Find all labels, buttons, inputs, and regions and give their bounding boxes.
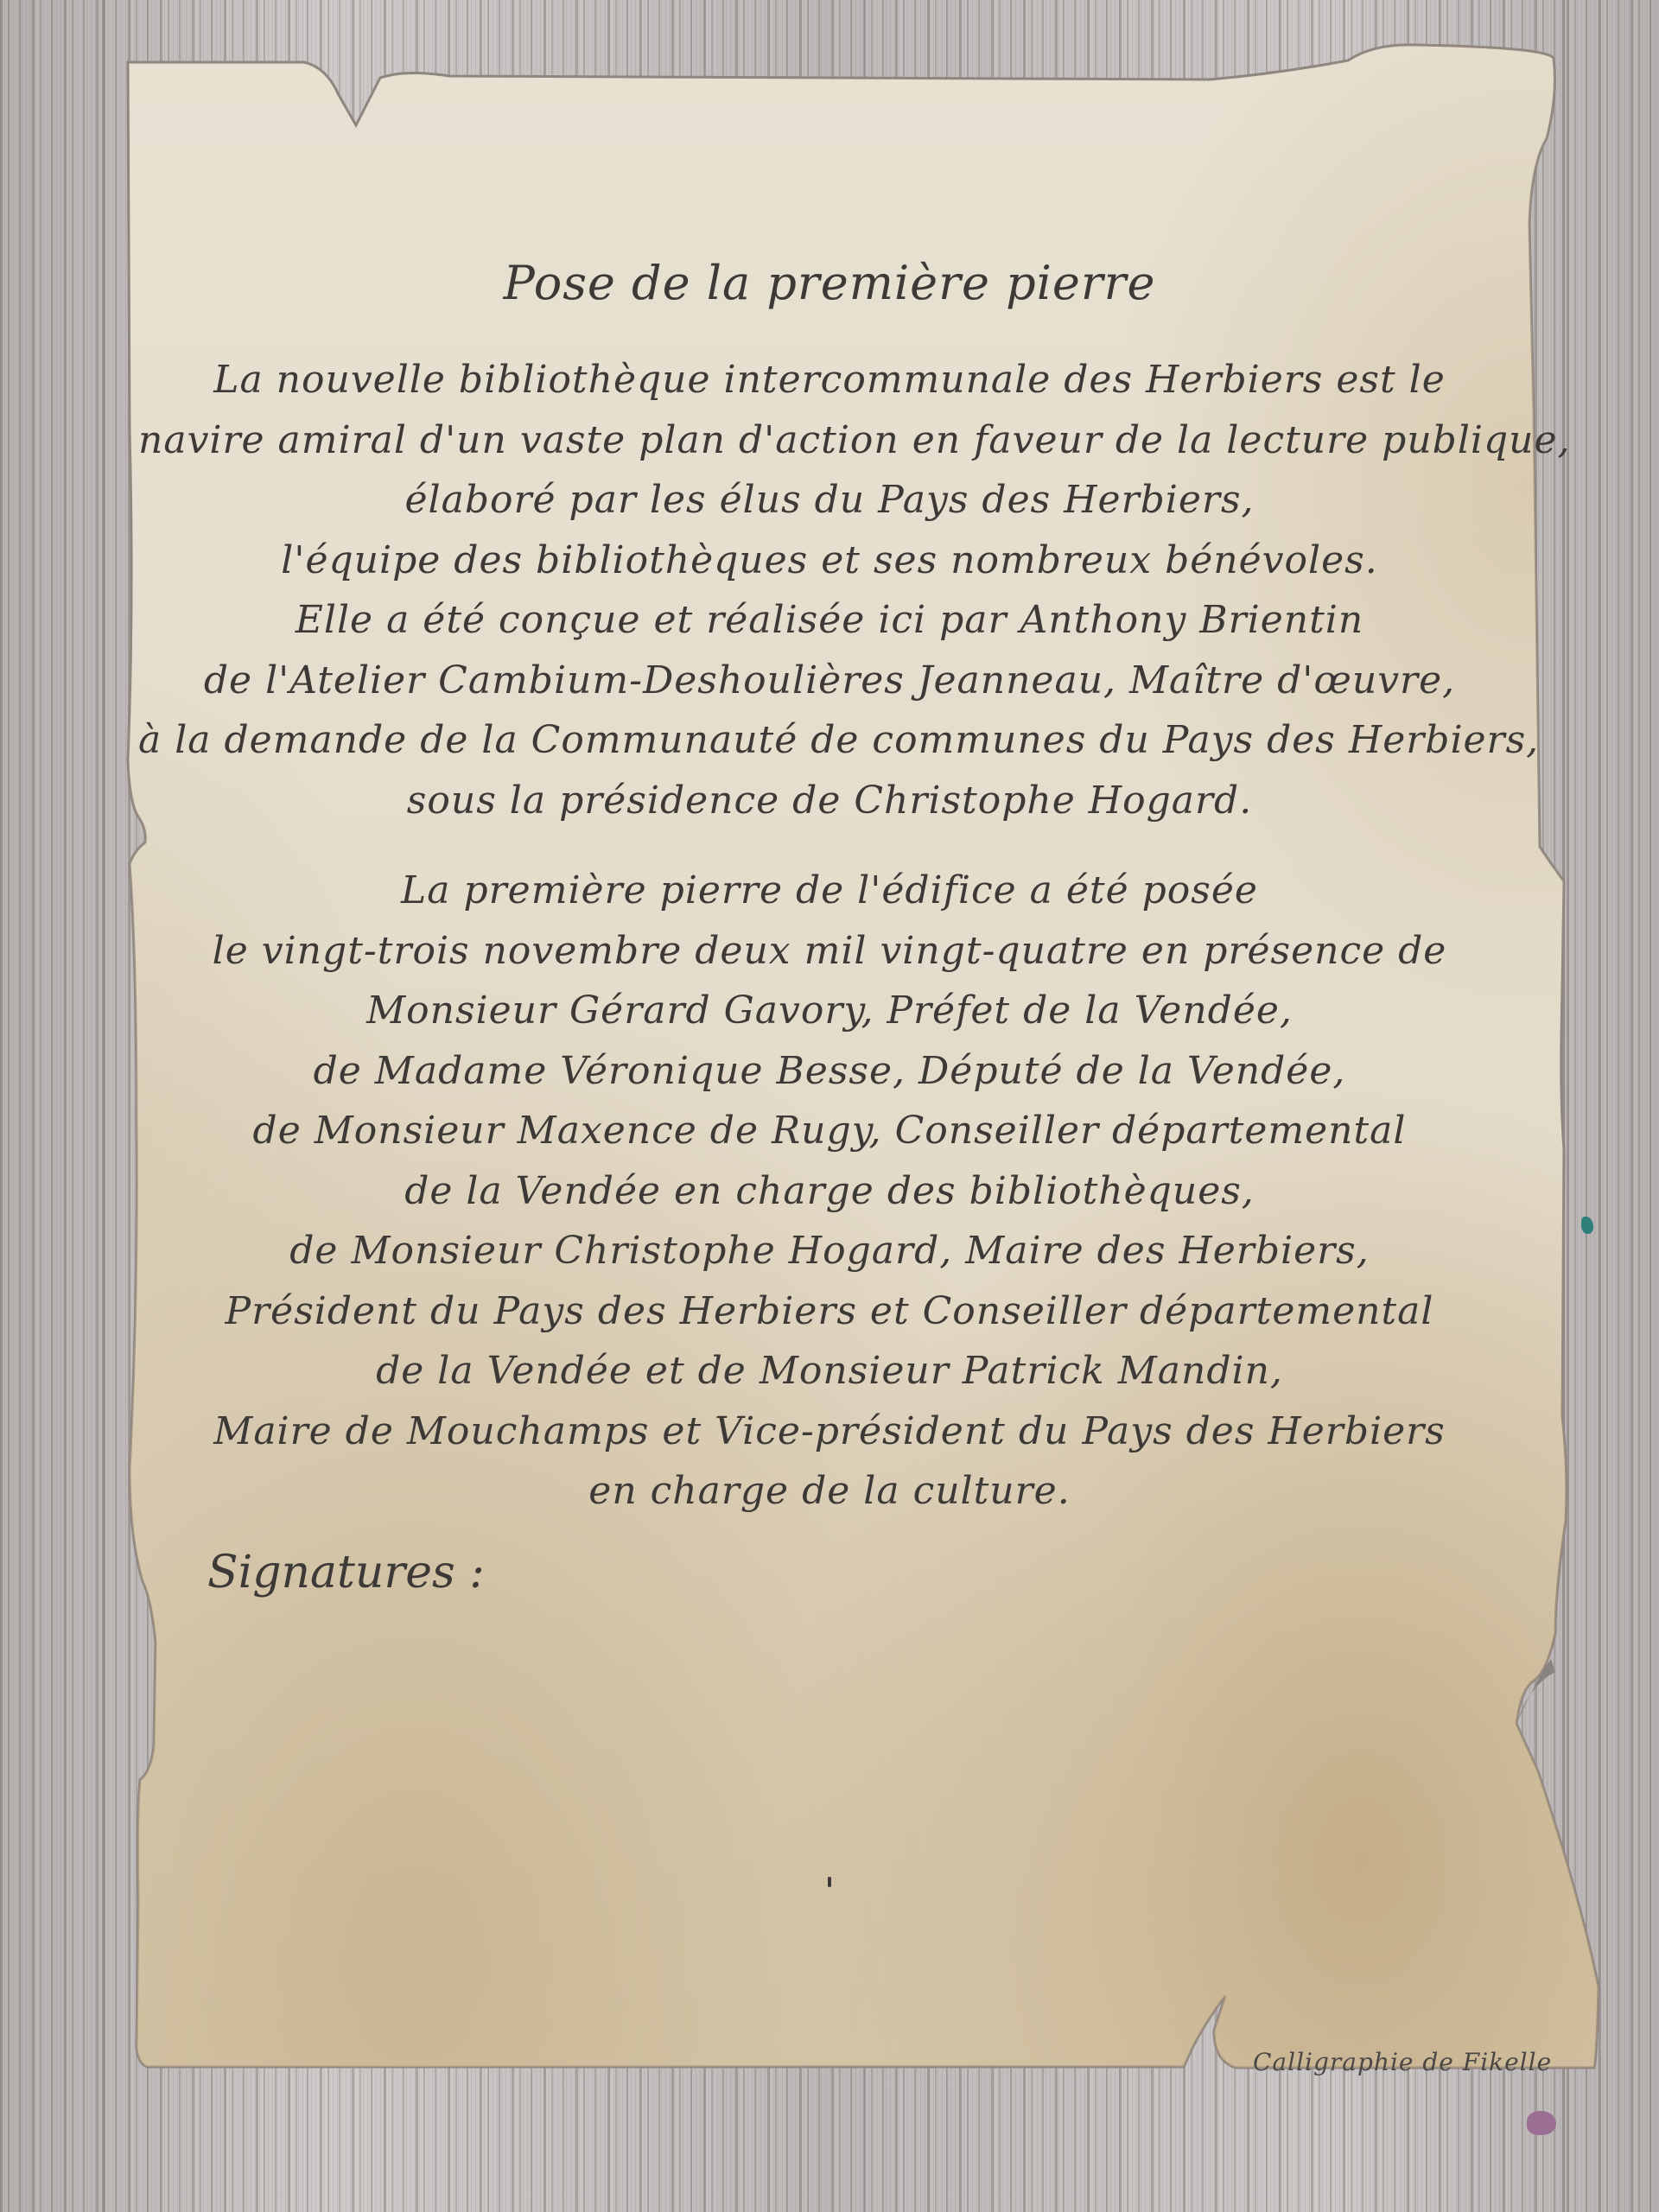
text-line: Maire de Mouchamps et Vice-président du … [138,1402,1521,1462]
text-line: à la demande de la Communauté de commune… [138,710,1521,771]
ink-mark [828,1877,831,1887]
paragraph-ceremony: La première pierre de l'édifice a été po… [138,861,1521,1522]
text-line: élaboré par les élus du Pays des Herbier… [138,470,1521,531]
paint-speck [1527,2111,1556,2135]
text-line: en charge de la culture. [138,1461,1521,1522]
text-line: La nouvelle bibliothèque intercommunale … [138,350,1521,410]
document-title: Pose de la première pierre [138,249,1521,318]
text-line: de l'Atelier Cambium-Deshoulières Jeanne… [138,651,1521,711]
text-line: de la Vendée en charge des bibliothèques… [138,1161,1521,1222]
calligrapher-credit: Calligraphie de Fikelle [1253,2048,1552,2076]
paragraph-dedication: La nouvelle bibliothèque intercommunale … [138,350,1521,830]
text-line: de la Vendée et de Monsieur Patrick Mand… [138,1341,1521,1402]
text-line: La première pierre de l'édifice a été po… [138,861,1521,921]
text-line: le vingt-trois novembre deux mil vingt-q… [138,921,1521,982]
text-line: de Monsieur Christophe Hogard, Maire des… [138,1221,1521,1281]
text-line: Elle a été conçue et réalisée ici par An… [138,590,1521,651]
text-line: l'équipe des bibliothèques et ses nombre… [138,531,1521,591]
text-line: sous la présidence de Christophe Hogard. [138,771,1521,831]
text-line: Président du Pays des Herbiers et Consei… [138,1281,1521,1342]
text-line: de Madame Véronique Besse, Député de la … [138,1041,1521,1102]
text-line: Monsieur Gérard Gavory, Préfet de la Ven… [138,981,1521,1041]
text-line: de Monsieur Maxence de Rugy, Conseiller … [138,1101,1521,1161]
signatures-label: Signatures : [207,1547,485,1599]
text-line: navire amiral d'un vaste plan d'action e… [138,410,1521,471]
